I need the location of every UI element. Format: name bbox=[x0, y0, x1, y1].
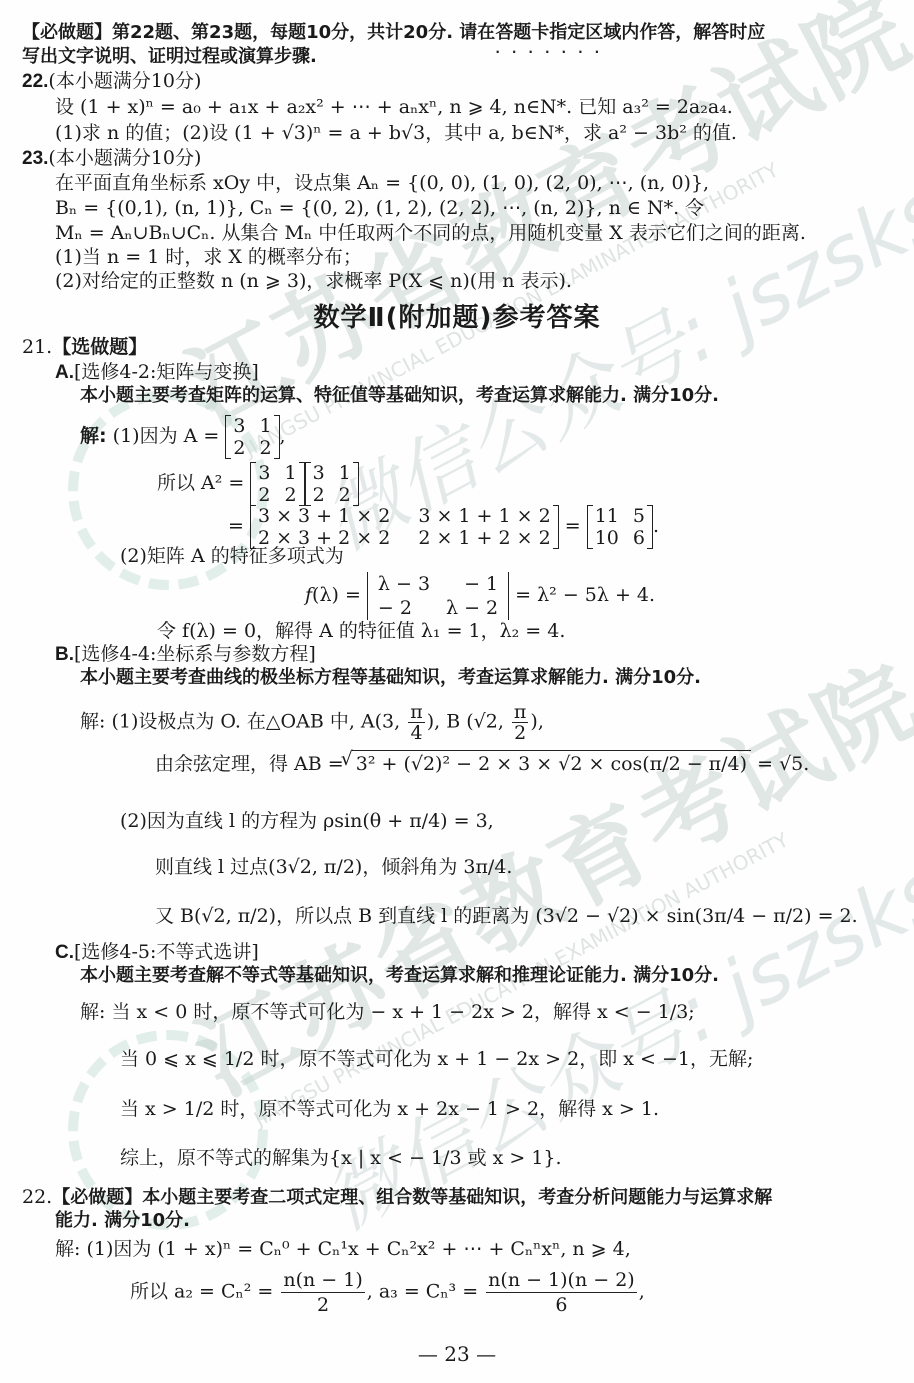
a21b-line-3: (2)因为直线 l 的方程为 ρsin(θ + π/4) = 3, bbox=[120, 810, 494, 832]
a22-line-2: 所以 a₂ = Cₙ² = n(n − 1)2, a₃ = Cₙ³ = n(n … bbox=[130, 1268, 645, 1317]
a21a-step-2: 所以 A² = 31 22 31 22 bbox=[157, 462, 359, 506]
a21b-description: 本小题主要考查曲线的极坐标方程等基础知识，考查运算求解能力. 满分10分. bbox=[80, 667, 701, 689]
determinant: λ − 3− 1 − 2λ − 2 bbox=[367, 572, 509, 620]
matrix-A: 31 22 bbox=[305, 462, 359, 506]
document-page: 江苏省教育考试院 江苏省教育考试院 微信公众号: jszsksb 微信公众号: … bbox=[0, 0, 914, 1383]
a21b-line-1: 解: (1)设极点为 O. 在△OAB 中, A(3, π4), B (√2, … bbox=[80, 702, 544, 743]
q22-heading: 22.(本小题满分10分) bbox=[22, 70, 201, 93]
matrix-A: 31 22 bbox=[225, 415, 279, 459]
q23-line-3: Mₙ = Aₙ∪Bₙ∪Cₙ. 从集合 Mₙ 中任取两个不同的点，用随机变量 X … bbox=[55, 222, 806, 244]
a21a-description: 本小题主要考查矩阵的运算、特征值等基础知识，考查运算求解能力. 满分10分. bbox=[80, 385, 719, 407]
emphasized-text: 答题卡指定区域内······· bbox=[495, 22, 639, 43]
a21c-topic: C.[选修4-5:不等式选讲] bbox=[55, 941, 259, 964]
q23-heading: 23.(本小题满分10分) bbox=[22, 147, 201, 170]
page-number: — 23 — bbox=[0, 1342, 914, 1366]
a22-heading: 22.【必做题】本小题主要考查二项式定理、组合数等基础知识，考查分析问题能力与运… bbox=[22, 1186, 772, 1209]
q23-part-2: (2)对给定的正整数 n (n ⩾ 3)，求概率 P(X ⩽ n)(用 n 表示… bbox=[55, 270, 572, 292]
sqrt-expression: 3² + (√2)² − 2 × 3 × √2 × cos(π/2 − π/4) bbox=[352, 750, 751, 777]
a21c-line-1: 解: 当 x < 0 时，原不等式可化为 − x + 1 − 2x > 2，解得… bbox=[80, 1001, 695, 1023]
a21-heading: 21.【选做题】 bbox=[22, 336, 147, 358]
a21b-line-5: 又 B(√2, π/2)，所以点 B 到直线 l 的距离为 (3√2 − √2)… bbox=[155, 905, 858, 927]
instructions-line-2: 写出文字说明、证明过程或演算步骤. bbox=[22, 46, 317, 68]
required-label: 【必做题】 bbox=[22, 22, 112, 43]
matrix-expansion: 3 × 3 + 1 × 23 × 1 + 1 × 2 2 × 3 + 2 × 2… bbox=[250, 505, 559, 549]
q23-line-1: 在平面直角坐标系 xOy 中，设点集 Aₙ = {(0, 0), (1, 0),… bbox=[55, 172, 709, 194]
q23-part-1: (1)当 n = 1 时，求 X 的概率分布； bbox=[55, 246, 362, 268]
a21a-step-3: (2)矩阵 A 的特征多项式为 bbox=[120, 545, 344, 567]
a21c-line-2: 当 0 ⩽ x ⩽ 1/2 时，原不等式可化为 x + 1 − 2x > 2，即… bbox=[120, 1048, 753, 1070]
a21a-topic: A.[选修4-2:矩阵与变换] bbox=[55, 361, 259, 384]
q22-parts: (1)求 n 的值；(2)设 (1 + √3)ⁿ = a + b√3，其中 a,… bbox=[55, 122, 737, 144]
a22-description-2: 能力. 满分10分. bbox=[55, 1210, 190, 1232]
a21c-line-4: 综上，原不等式的解集为{x | x < − 1/3 或 x > 1}. bbox=[120, 1147, 562, 1169]
a21a-char-poly: f(λ) = λ − 3− 1 − 2λ − 2 = λ² − 5λ + 4. bbox=[305, 572, 655, 620]
a21c-line-3: 当 x > 1/2 时，原不等式可化为 x + 2x − 1 > 2，解得 x … bbox=[120, 1098, 659, 1120]
q23-line-2: Bₙ = {(0,1), (n, 1)}, Cₙ = {(0, 2), (1, … bbox=[55, 197, 704, 219]
a21a-conclusion: 令 f(λ) = 0，解得 A 的特征值 λ₁ = 1，λ₂ = 4. bbox=[157, 620, 565, 642]
instructions-line-1: 【必做题】第22题、第23题，每题10分，共计20分. 请在答题卡指定区域内··… bbox=[22, 22, 765, 44]
a21c-description: 本小题主要考查解不等式等基础知识，考查运算求解和推理论证能力. 满分10分. bbox=[80, 965, 719, 987]
q22-statement: 设 (1 + x)ⁿ = a₀ + a₁x + a₂x² + ⋯ + aₙxⁿ,… bbox=[55, 96, 733, 118]
a21b-line-2: 由余弦定理，得 AB = 3² + (√2)² − 2 × 3 × √2 × c… bbox=[155, 750, 809, 777]
matrix-result: 115 106 bbox=[587, 505, 653, 549]
a21b-topic: B.[选修4-4:坐标系与参数方程] bbox=[55, 643, 316, 666]
a21b-line-4: 则直线 l 过点(3√2, π/2)，倾斜角为 3π/4. bbox=[155, 856, 512, 878]
a21a-step-1: 解: (1)因为 A = 31 22 , bbox=[80, 415, 286, 459]
a21a-step-2-expansion: = 3 × 3 + 1 × 23 × 1 + 1 × 2 2 × 3 + 2 ×… bbox=[228, 505, 659, 549]
answer-title: 数学Ⅱ(附加题)参考答案 bbox=[0, 297, 914, 334]
matrix-A: 31 22 bbox=[250, 462, 304, 506]
a22-line-1: 解: (1)因为 (1 + x)ⁿ = Cₙ⁰ + Cₙ¹x + Cₙ²x² +… bbox=[55, 1238, 631, 1260]
